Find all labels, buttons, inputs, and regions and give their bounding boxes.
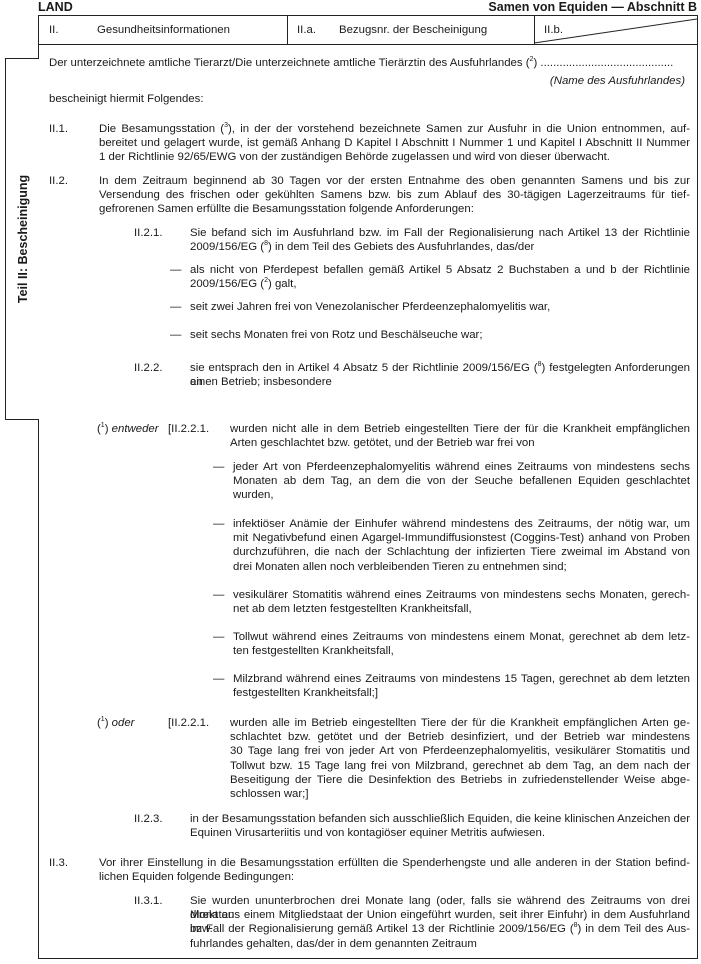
bullet-text: Milzbrand während eines Zeitraums von mi… — [233, 672, 690, 700]
dash-bullet-icon: — — [170, 328, 181, 342]
section-ii-2-3-text: in der Besamungsstation befanden sich au… — [190, 812, 690, 840]
dash-bullet-icon: — — [213, 672, 224, 686]
header-cell-label: Bezugsnr. der Bescheinigung — [339, 16, 487, 44]
text-line: seit sechs Monaten frei von Rotz und Bes… — [190, 328, 690, 342]
text-line: schlachtet bzw. getötet und der Betrieb … — [230, 730, 690, 744]
text-line: im Fall der Regionalisierung gemäß Artik… — [190, 922, 690, 936]
text-line: infektiöser Anämie der Einhufer während … — [233, 517, 690, 531]
text-line: lichen Equiden folgende Bedingungen: — [99, 870, 690, 884]
text-line: wurden, — [233, 488, 690, 502]
section-number: II.2. — [49, 174, 68, 188]
text-line: Sie befand sich im Ausfuhrland bzw. im F… — [190, 226, 690, 240]
bullet-text: infektiöser Anämie der Einhufer während … — [233, 517, 690, 574]
option-marker-either: (1) entweder — [97, 422, 159, 436]
text-line: 2009/156/EG (8) in dem Teil des Gebiets … — [190, 240, 690, 254]
header-cell-number: II. — [49, 16, 59, 44]
text-line: vesikulärer Stomatitis während eines Zei… — [233, 588, 690, 602]
option-or-text: wurden alle im Betrieb eingestellten Tie… — [230, 716, 690, 801]
option-either-text: wurden nicht alle in dem Betrieb eingest… — [230, 422, 690, 450]
text-line: Die Besamungsstation (3), in der der vor… — [99, 122, 690, 136]
text-line: ten festgestellten Krankheitsfall, — [233, 644, 690, 658]
dash-bullet-icon: — — [170, 300, 181, 314]
text-line: 30 Tage lang frei von jeder Art von Pfer… — [230, 744, 690, 758]
text-line: wurden nicht alle in dem Betrieb eingest… — [230, 422, 690, 436]
certifies-statement: bescheinigt hiermit Folgendes: — [49, 92, 204, 106]
text-line: sie entsprach den in Artikel 4 Absatz 5 … — [190, 361, 690, 375]
text-line: Arten geschlachtet bzw. getötet, und der… — [230, 436, 690, 450]
country-name-hint: (Name des Ausfuhrlandes) — [550, 74, 685, 88]
text-line: Vor ihrer Einstellung in die Besamungsst… — [99, 856, 690, 870]
text-line: Tollwut während eines Zeitraums von mind… — [233, 630, 690, 644]
text-line: Sie wurden ununterbrochen drei Monate la… — [190, 894, 690, 908]
header-cell-reference-number[interactable]: II.a. Bezugsnr. der Bescheinigung — [287, 16, 535, 44]
text-line: wurden alle im Betrieb eingestellten Tie… — [230, 716, 690, 730]
section-number: II.2.3. — [134, 812, 163, 826]
text-line: Equinen Virusarteriitis und von kontagiö… — [190, 826, 690, 840]
header-cell-iib: II.b. — [534, 16, 697, 44]
text-line: durchzuführen, die nach der Schlachtung … — [233, 545, 690, 559]
section-number: [II.2.2.1. — [168, 422, 209, 436]
dash-bullet-icon: — — [213, 517, 224, 531]
text-line: Versendung des frischen oder gekühlten S… — [99, 188, 690, 202]
sidebar-part-label-box: Teil II: Bescheinigung — [5, 58, 39, 420]
header-cell-number: II.a. — [297, 16, 316, 44]
text-line: Tollwut bzw. 15 Tage lang frei von Milzb… — [230, 759, 690, 773]
section-ii-3-1-text: Sie wurden ununterbrochen drei Monate la… — [190, 894, 690, 951]
bullet-text: als nicht von Pferdepest befallen gemäß … — [190, 263, 690, 291]
text-line: jeder Art von Pferdeenzephalomyelitis wä… — [233, 460, 690, 474]
section-ii-2-text: In dem Zeitraum beginnend ab 30 Tagen vo… — [99, 174, 690, 217]
section-ii-2-2-text: sie entsprach den in Artikel 4 Absatz 5 … — [190, 361, 690, 389]
section-number: II.2.1. — [134, 226, 163, 240]
text-line: 2009/156/EG (2) galt, — [190, 277, 690, 291]
text-line: festgestellten Krankheitsfall;] — [233, 686, 690, 700]
text-line: Beseitigung der Tiere die Desinfektion d… — [230, 773, 690, 787]
text-line: direkt aus einem Mitgliedstaat der Union… — [190, 908, 690, 922]
text-line: fuhrlandes gehalten, das/der in dem gena… — [190, 937, 690, 951]
intro-line: Der unterzeichnete amtliche Tierarzt/Die… — [49, 56, 673, 70]
text-line: mit Negativbefund einen Agargel-Immundif… — [233, 531, 690, 545]
text-line: net ab dem letzten festgestellten Krankh… — [233, 602, 690, 616]
section-number: II.3. — [49, 856, 68, 870]
option-marker-or: (1) oder — [97, 716, 134, 730]
text-line: als nicht von Pferdepest befallen gemäß … — [190, 263, 690, 277]
text-line: Milzbrand während eines Zeitraums von mi… — [233, 672, 690, 686]
dash-bullet-icon: — — [213, 588, 224, 602]
text-line: schlossen war;] — [230, 787, 690, 801]
header-table: II. Gesundheitsinformationen II.a. Bezug… — [38, 15, 698, 45]
dash-bullet-icon: — — [213, 460, 224, 474]
text-line: Monaten ab dem Tag, an dem die von der S… — [233, 474, 690, 488]
text-line: drei Monaten allen noch verbleibenden Ti… — [233, 560, 690, 574]
bullet-text: vesikulärer Stomatitis während eines Zei… — [233, 588, 690, 616]
section-ii-1-text: Die Besamungsstation (3), in der der vor… — [99, 122, 690, 165]
section-number: II.3.1. — [134, 894, 163, 908]
section-number: [II.2.2.1. — [168, 716, 209, 730]
header-cell-health-info: II. Gesundheitsinformationen — [39, 16, 288, 44]
section-ii-2-1-text: Sie befand sich im Ausfuhrland bzw. im F… — [190, 226, 690, 254]
bullet-text: jeder Art von Pferdeenzephalomyelitis wä… — [233, 460, 690, 503]
section-number: II.2.2. — [134, 361, 163, 375]
text-line: einen Betrieb; insbesondere — [190, 375, 690, 389]
sidebar-part-label: Teil II: Bescheinigung — [15, 175, 29, 303]
dash-bullet-icon: — — [170, 263, 181, 277]
text-line: in der Besamungsstation befanden sich au… — [190, 812, 690, 826]
section-number: II.1. — [49, 122, 68, 136]
header-cell-number: II.b. — [544, 16, 563, 44]
section-ii-3-text: Vor ihrer Einstellung in die Besamungsst… — [99, 856, 690, 884]
text-line: In dem Zeitraum beginnend ab 30 Tagen vo… — [99, 174, 690, 188]
dash-bullet-icon: — — [213, 630, 224, 644]
section-title: Samen von Equiden — Abschnitt B — [488, 0, 697, 14]
bullet-text: seit zwei Jahren frei von Venezolanische… — [190, 300, 690, 314]
text-line: gefrorenen Samen erfüllte die Besamungss… — [99, 202, 690, 216]
text-line: bereitet und gelagert wurde, ist gemäß A… — [99, 136, 690, 150]
text-line: 1 der Richtlinie 92/65/EWG von der zustä… — [99, 150, 690, 164]
bullet-text: seit sechs Monaten frei von Rotz und Bes… — [190, 328, 690, 342]
country-label: LAND — [38, 0, 73, 14]
text-line: seit zwei Jahren frei von Venezolanische… — [190, 300, 690, 314]
header-cell-label: Gesundheitsinformationen — [97, 16, 230, 44]
bullet-text: Tollwut während eines Zeitraums von mind… — [233, 630, 690, 658]
